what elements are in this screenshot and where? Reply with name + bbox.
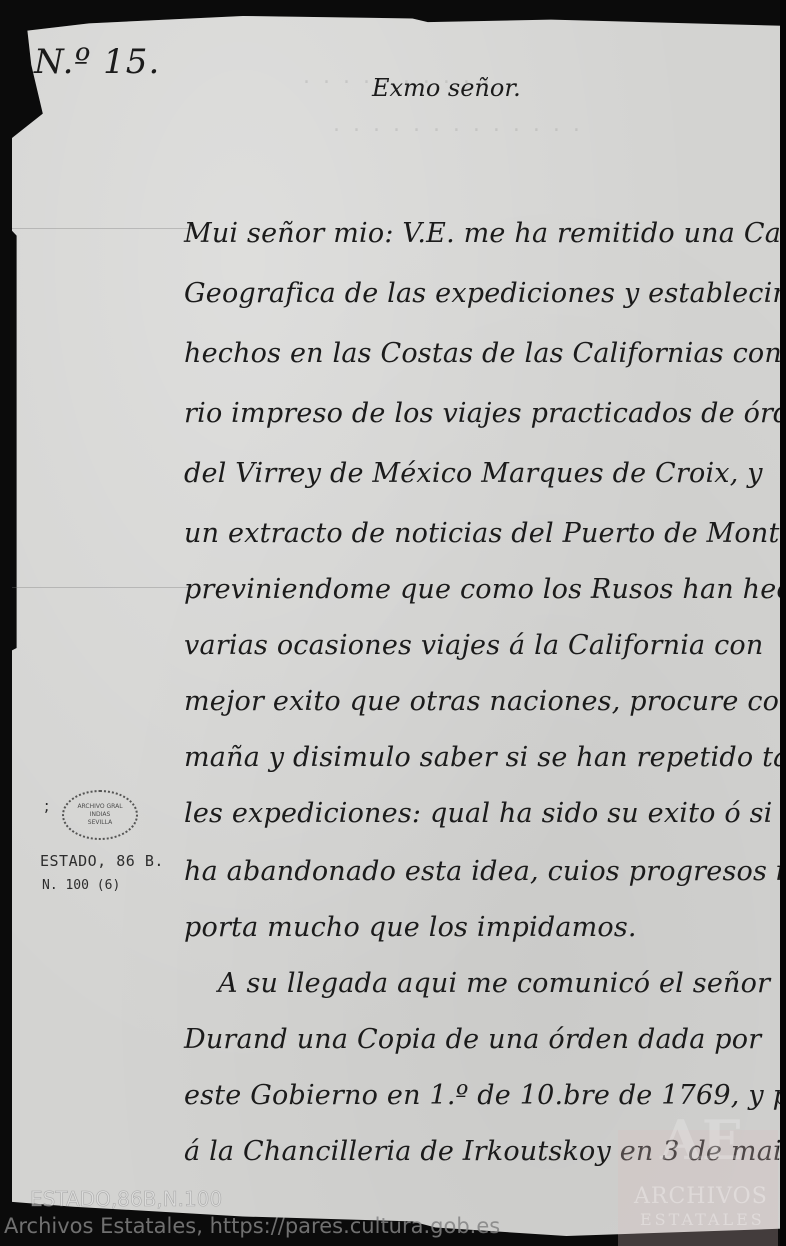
body-line: varias ocasiones viajes á la California …: [184, 630, 763, 661]
body-line: del Virrey de México Marques de Croix, y: [184, 458, 763, 489]
margin-mark: ;: [44, 796, 49, 815]
stamp-text: SEVILLA: [88, 819, 112, 827]
folio-number: N.º 15.: [34, 42, 160, 82]
body-line: mejor exito que otras naciones, procure …: [184, 686, 786, 717]
archive-reference: ESTADO, 86 B.: [40, 852, 164, 870]
body-line: hechos en las Costas de las Californias …: [184, 338, 786, 369]
body-line: previniendome que como los Rusos han hec…: [184, 574, 786, 605]
watermark-reference: ESTADO,86B,N.100: [30, 1187, 222, 1211]
watermark-source: Archivos Estatales, https://pares.cultur…: [4, 1214, 500, 1238]
body-line: un extracto de noticias del Puerto de Mo…: [184, 518, 786, 549]
scan-edge: [780, 0, 786, 1246]
archive-logo-icon: AE: [660, 1110, 740, 1170]
body-line: rio impreso de los viajes practicados de…: [184, 398, 786, 429]
body-line: Geografica de las expediciones y estable…: [184, 278, 786, 309]
body-line: este Gobierno en 1.º de 10.bre de 1769, …: [184, 1080, 786, 1111]
archive-reference-number: N. 100 (6): [42, 878, 120, 893]
body-line: A su llegada aqui me comunicó el señor: [218, 968, 770, 999]
archive-logo-text: ARCHIVOS: [634, 1184, 768, 1209]
body-line: Durand una Copia de una órden dada por: [184, 1024, 761, 1055]
body-line: maña y disimulo saber si se han repetido…: [184, 742, 786, 773]
bleed-through-text: . . . . . . . . . . . . .: [330, 112, 580, 137]
body-line: Mui señor mio: V.E. me ha remitido una C…: [184, 218, 786, 249]
body-line: porta mucho que los impidamos.: [184, 912, 637, 943]
body-line: ha abandonado esta idea, cuios progresos…: [184, 856, 786, 887]
archive-stamp: ARCHIVO GRAL INDIAS SEVILLA: [62, 790, 138, 840]
paper-crease: [12, 228, 192, 229]
stamp-text: INDIAS: [90, 811, 111, 819]
archive-logo-text: ESTATALES: [640, 1210, 765, 1229]
salutation-heading: Exmo señor.: [372, 74, 521, 102]
stamp-text: ARCHIVO GRAL: [77, 803, 122, 811]
body-line: les expediciones: qual ha sido su exito …: [184, 798, 786, 829]
paper-crease: [12, 587, 192, 588]
